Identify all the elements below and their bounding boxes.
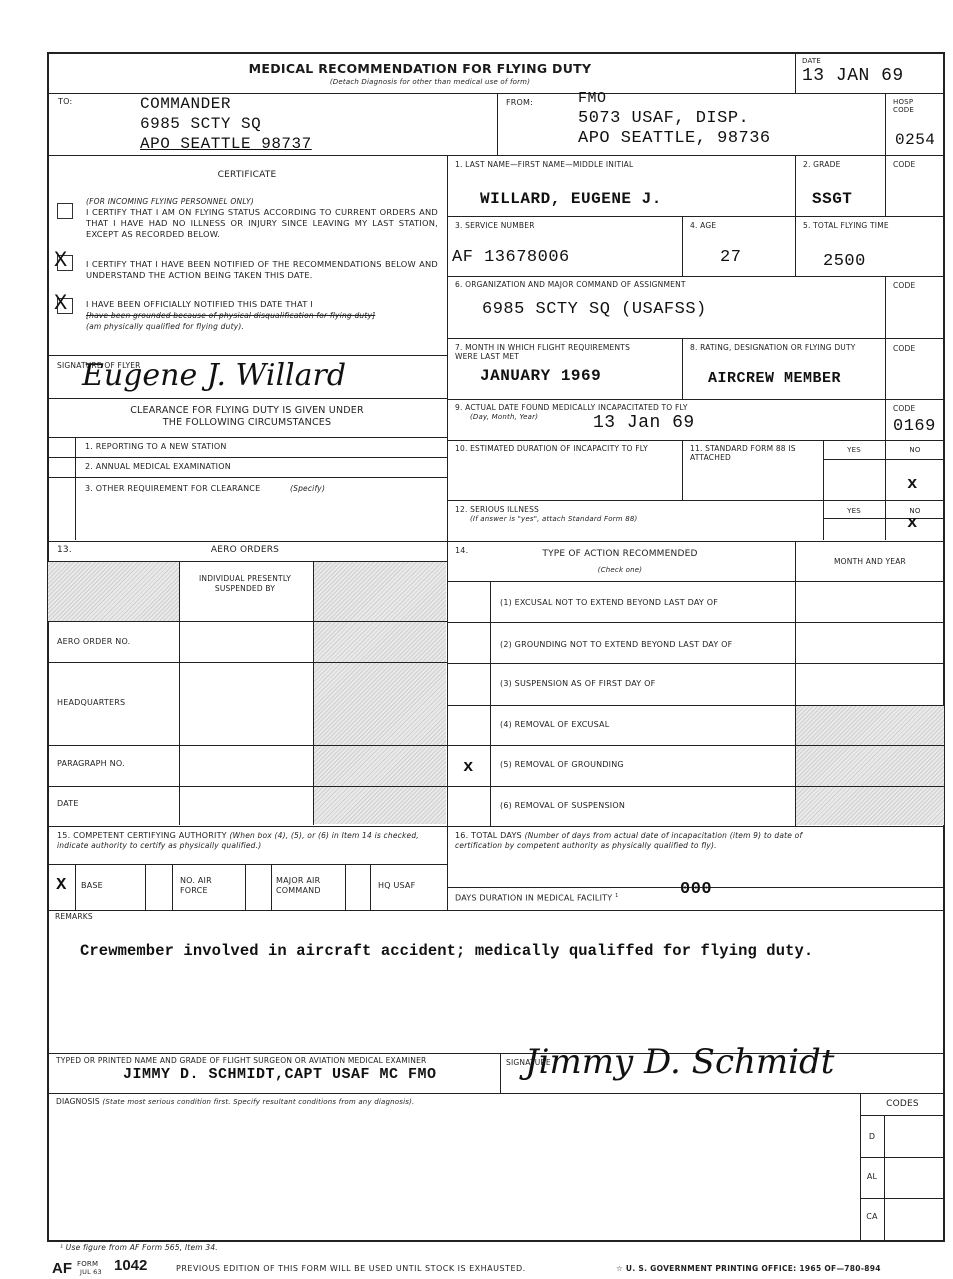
clearance-item-2[interactable]: 2. ANNUAL MEDICAL EXAMINATION xyxy=(85,462,231,472)
form-subtitle: (Detach Diagnosis for other than medical… xyxy=(250,78,610,86)
medical-facility-value[interactable]: 000 xyxy=(680,880,712,899)
action-hatch xyxy=(796,706,944,825)
authority-box-no-air-force[interactable] xyxy=(146,866,172,908)
name-value[interactable]: WILLARD, EUGENE J. xyxy=(480,190,662,208)
action-title: TYPE OF ACTION RECOMMENDED xyxy=(490,549,750,560)
illness-sublabel: (If answer is "yes", attach Standard For… xyxy=(470,515,637,523)
incapacitated-value[interactable]: 13 Jan 69 xyxy=(593,413,695,433)
code-ca-label: CA xyxy=(860,1212,884,1222)
age-value[interactable]: 27 xyxy=(720,248,741,267)
rating-label: 8. RATING, DESIGNATION OR FLYING DUTY xyxy=(690,343,885,352)
certificate-title: CERTIFICATE xyxy=(47,170,447,181)
aero-date-input[interactable] xyxy=(181,788,311,824)
medical-facility-footnote-ref: 1 xyxy=(615,893,618,899)
code-1-label: CODE xyxy=(893,160,915,169)
action-num: 14. xyxy=(455,546,468,556)
action-item-3: (3) SUSPENSION AS OF FIRST DAY OF xyxy=(500,679,655,689)
aero-row-date: DATE xyxy=(57,799,79,809)
clearance-item-3[interactable]: 3. OTHER REQUIREMENT FOR CLEARANCE xyxy=(85,484,260,494)
authority-label-text: 15. COMPETENT CERTIFYING AUTHORITY xyxy=(57,831,227,840)
aero-order-no-input[interactable] xyxy=(181,623,311,661)
aero-paragraph-input[interactable] xyxy=(181,747,311,785)
flying-time-value[interactable]: 2500 xyxy=(823,252,866,271)
authority-box-hq-usaf[interactable] xyxy=(346,866,370,908)
form-date: JUL 63 xyxy=(80,1269,102,1277)
action-mark-5[interactable]: x xyxy=(447,758,490,777)
certificate-item-2-text: I CERTIFY THAT I HAVE BEEN NOTIFIED OF T… xyxy=(86,259,438,281)
code-3-label: CODE xyxy=(893,344,915,353)
to-label: TO: xyxy=(58,97,72,107)
grade-label: 2. GRADE xyxy=(803,160,841,169)
certificate-item-3-tail: (am physically qualified for flying duty… xyxy=(86,322,438,331)
certificate-item-1-lead: (FOR INCOMING FLYING PERSONNEL ONLY) xyxy=(86,197,254,206)
action-item-1: (1) EXCUSAL NOT TO EXTEND BEYOND LAST DA… xyxy=(500,598,718,608)
form-number: 1042 xyxy=(114,1257,147,1274)
date-label: DATE xyxy=(802,57,821,65)
illness-yes-label: YES xyxy=(823,507,885,515)
clearance-title-1: CLEARANCE FOR FLYING DUTY IS GIVEN UNDER xyxy=(47,405,447,416)
flying-time-label: 5. TOTAL FLYING TIME xyxy=(803,221,889,230)
aero-hatch-top-left xyxy=(48,562,179,621)
medical-facility-label-text: DAYS DURATION IN MEDICAL FACILITY xyxy=(455,894,612,903)
form-title: MEDICAL RECOMMENDATION FOR FLYING DUTY xyxy=(200,61,640,76)
examiner-signature[interactable]: Jimmy D. Schmidt xyxy=(525,1042,834,1082)
from-label: FROM: xyxy=(506,98,533,108)
clearance-title-2: THE FOLLOWING CIRCUMSTANCES xyxy=(47,417,447,428)
remarks-text[interactable]: Crewmember involved in aircraft accident… xyxy=(80,942,813,960)
month-req-label: 7. MONTH IN WHICH FLIGHT REQUIREMENTS WE… xyxy=(455,343,655,361)
code-al-input[interactable] xyxy=(886,1159,944,1197)
code-ca-input[interactable] xyxy=(886,1200,944,1238)
previous-edition-notice: PREVIOUS EDITION OF THIS FORM WILL BE US… xyxy=(176,1264,526,1274)
authority-box-major-air-command[interactable] xyxy=(246,866,271,908)
diagnosis-label-text: DIAGNOSIS xyxy=(56,1097,100,1106)
authority-option-no-air-force: NO. AIR FORCE xyxy=(180,876,240,895)
code-al-label: AL xyxy=(860,1172,884,1182)
sf88-no-mark[interactable]: x xyxy=(885,475,940,494)
remarks-label: REMARKS xyxy=(55,912,93,921)
to-line-1[interactable]: COMMANDER xyxy=(140,95,231,113)
to-line-2[interactable]: 6985 SCTY SQ xyxy=(140,115,261,133)
sf88-yes-label: YES xyxy=(823,446,885,454)
hosp-code-label: HOSP CODE xyxy=(893,98,933,115)
name-label: 1. LAST NAME—FIRST NAME—MIDDLE INITIAL xyxy=(455,160,633,169)
clearance-item-1[interactable]: 1. REPORTING TO A NEW STATION xyxy=(85,442,227,452)
hosp-code-value[interactable]: 0254 xyxy=(895,131,935,149)
action-item-5: (5) REMOVAL OF GROUNDING xyxy=(500,760,624,770)
incapacitated-sublabel: (Day, Month, Year) xyxy=(470,413,538,421)
aero-orders-num: 13. xyxy=(57,545,72,556)
diagnosis-note: (State most serious condition first. Spe… xyxy=(102,1098,414,1106)
total-days-label: 16. TOTAL DAYS (Number of days from actu… xyxy=(455,831,830,850)
code-2-label: CODE xyxy=(893,281,915,290)
authority-option-hq-usaf: HQ USAF xyxy=(378,881,415,891)
organization-value[interactable]: 6985 SCTY SQ (USAFSS) xyxy=(482,300,707,319)
clearance-specify: (Specify) xyxy=(290,484,325,493)
certificate-check-mark-2: X xyxy=(54,248,68,273)
diagnosis-input[interactable] xyxy=(50,1110,855,1235)
diagnosis-label: DIAGNOSIS (State most serious condition … xyxy=(56,1097,414,1106)
aero-row-order-no: AERO ORDER NO. xyxy=(57,637,130,647)
authority-label: 15. COMPETENT CERTIFYING AUTHORITY (When… xyxy=(57,831,437,850)
rating-value[interactable]: AIRCREW MEMBER xyxy=(708,370,841,387)
to-line-3[interactable]: APO SEATTLE 98737 xyxy=(140,135,312,153)
incapacitated-label: 9. ACTUAL DATE FOUND MEDICALLY INCAPACIT… xyxy=(455,403,688,412)
duration-label: 10. ESTIMATED DURATION OF INCAPACITY TO … xyxy=(455,444,675,453)
from-line-3[interactable]: APO SEATTLE, 98736 xyxy=(578,129,771,148)
sf88-label: 11. STANDARD FORM 88 IS ATTACHED xyxy=(690,444,825,462)
aero-row-headquarters: HEADQUARTERS xyxy=(57,698,125,708)
total-days-label-text: 16. TOTAL DAYS xyxy=(455,831,522,840)
signature-flyer[interactable]: Eugene J. Willard xyxy=(82,358,346,393)
illness-no-mark[interactable]: x xyxy=(885,514,940,533)
action-month-year-label: MONTH AND YEAR xyxy=(795,557,945,566)
codes-label: CODES xyxy=(860,1099,945,1110)
aero-orders-title: AERO ORDERS xyxy=(180,545,310,556)
certificate-item-3-text: I HAVE BEEN OFFICIALLY NOTIFIED THIS DAT… xyxy=(86,300,313,310)
sf88-no-label: NO xyxy=(885,446,945,454)
organization-label: 6. ORGANIZATION AND MAJOR COMMAND OF ASS… xyxy=(455,280,686,289)
action-item-4: (4) REMOVAL OF EXCUSAL xyxy=(500,720,609,730)
form-af: AF xyxy=(52,1260,72,1277)
date-value[interactable]: 13 JAN 69 xyxy=(802,66,904,86)
aero-headquarters-input[interactable] xyxy=(181,664,311,744)
aero-col-header: INDIVIDUAL PRESENTLY SUSPENDED BY xyxy=(185,574,305,594)
examiner-value[interactable]: JIMMY D. SCHMIDT,CAPT USAF MC FMO xyxy=(123,1066,437,1083)
action-item-2: (2) GROUNDING NOT TO EXTEND BEYOND LAST … xyxy=(500,640,732,650)
service-number-value[interactable]: AF 13678006 xyxy=(452,248,570,267)
authority-option-major-air-command: MAJOR AIR COMMAND xyxy=(276,876,346,895)
authority-option-base: BASE xyxy=(81,881,103,891)
age-label: 4. AGE xyxy=(690,221,716,230)
action-item-6: (6) REMOVAL OF SUSPENSION xyxy=(500,801,625,811)
examiner-label: TYPED OR PRINTED NAME AND GRADE OF FLIGH… xyxy=(56,1056,496,1065)
from-line-2[interactable]: 5073 USAF, DISP. xyxy=(578,109,749,128)
aero-hatch-right xyxy=(314,562,446,824)
action-subtitle: (Check one) xyxy=(490,566,750,574)
service-number-label: 3. SERVICE NUMBER xyxy=(455,221,535,230)
medical-facility-label: DAYS DURATION IN MEDICAL FACILITY 1 xyxy=(455,893,618,903)
code-d-input[interactable] xyxy=(886,1117,944,1155)
certificate-check-mark-3: X xyxy=(54,291,68,316)
code-4-label: CODE xyxy=(893,404,915,413)
code-4-value[interactable]: 0169 xyxy=(893,417,936,436)
form-id: AF xyxy=(52,1258,72,1277)
certificate-item-3-struck: [have been grounded because of physical … xyxy=(86,311,376,320)
code-d-label: D xyxy=(860,1132,884,1142)
month-req-value[interactable]: JANUARY 1969 xyxy=(480,367,601,385)
authority-mark-base[interactable]: X xyxy=(49,876,74,895)
illness-label: 12. SERIOUS ILLNESS xyxy=(455,505,539,514)
grade-value[interactable]: SSGT xyxy=(812,190,852,208)
gpo-notice: ☆ U. S. GOVERNMENT PRINTING OFFICE: 1965… xyxy=(616,1264,881,1273)
certificate-checkbox-1[interactable] xyxy=(57,203,73,219)
from-line-1[interactable]: FMO xyxy=(578,90,607,107)
footnote: ¹ Use figure from AF Form 565, Item 34. xyxy=(60,1243,218,1252)
certificate-item-1-text: I CERTIFY THAT I AM ON FLYING STATUS ACC… xyxy=(86,207,438,240)
aero-row-paragraph-no: PARAGRAPH NO. xyxy=(57,759,125,769)
